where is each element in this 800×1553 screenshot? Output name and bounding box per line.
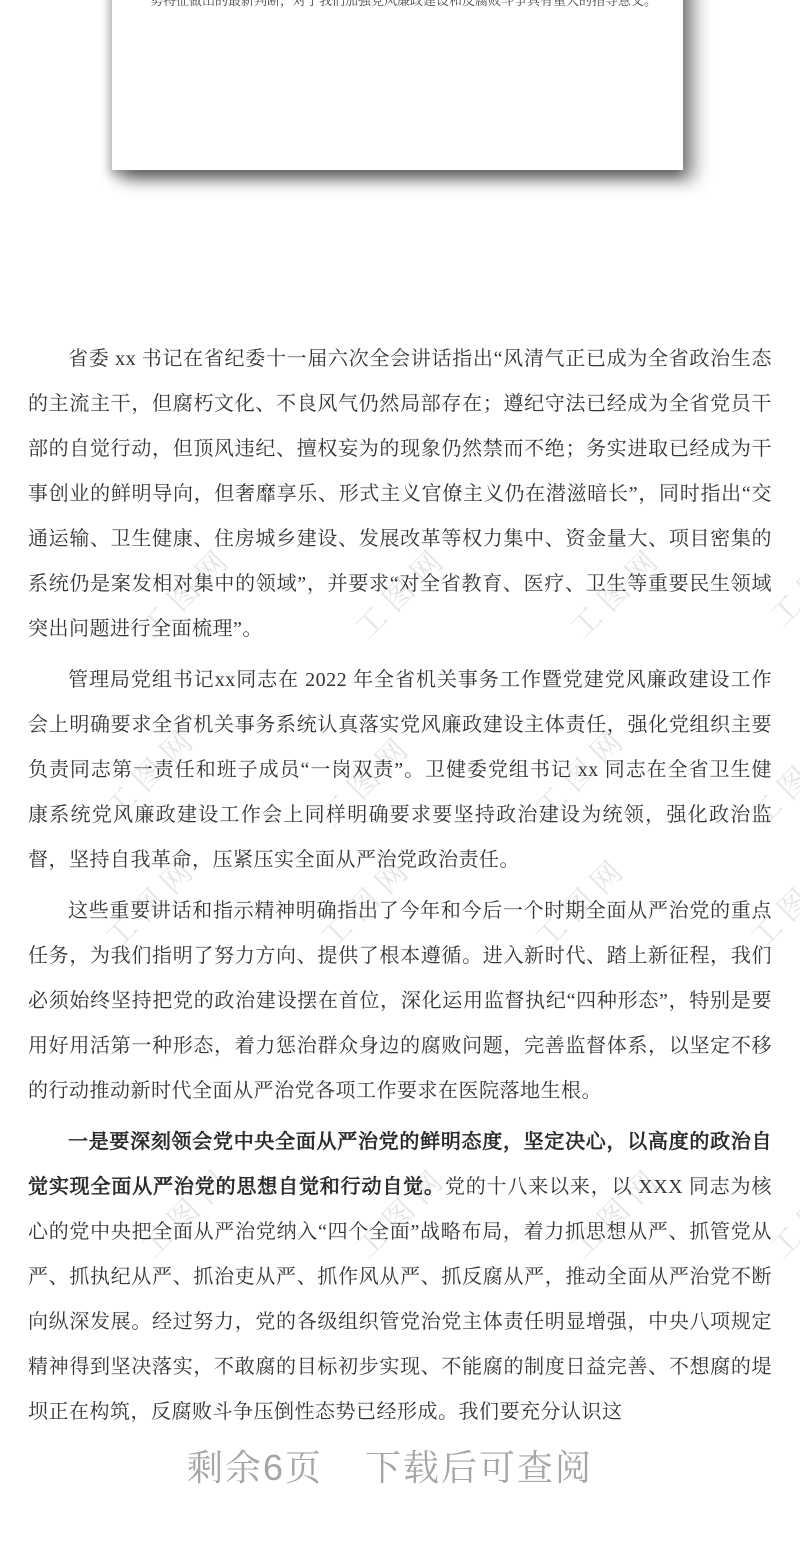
pages-remaining-banner: 剩余6页下载后可查阅	[0, 1440, 790, 1491]
pages-remaining-label: 剩余6页	[187, 1447, 323, 1488]
download-hint-label: 下载后可查阅	[365, 1447, 593, 1488]
paragraph-4-text: 党的十八来以来，以 XXX 同志为核心的党中央把全面从严治党纳入“四个全面”战略…	[28, 1176, 772, 1423]
paragraph-3-text: 这些重要讲话和指示精神明确指出了今年和今后一个时期全面从严治党的重点任务，为我们…	[28, 900, 772, 1102]
previous-page-preview: 势特征做出的最新判断，对于我们加强党风廉政建设和反腐败斗争具有重大的指导意义。	[112, 0, 683, 170]
paragraph-2-text: 管理局党组书记xx同志在 2022 年全省机关事务工作暨党建党风廉政建设工作会上…	[28, 669, 772, 871]
paragraph-3: 这些重要讲话和指示精神明确指出了今年和今后一个时期全面从严治党的重点任务，为我们…	[28, 889, 772, 1114]
previous-page-partial-text: 势特征做出的最新判断，对于我们加强党风廉政建设和反腐败斗争具有重大的指导意义。	[150, 0, 649, 9]
paragraph-1: 省委 xx 书记在省纪委十一届六次全会讲话指出“风清气正已成为全省政治生态的主流…	[28, 337, 772, 652]
document-page: 省委 xx 书记在省纪委十一届六次全会讲话指出“风清气正已成为全省政治生态的主流…	[0, 337, 800, 1441]
paragraph-1-text: 省委 xx 书记在省纪委十一届六次全会讲话指出“风清气正已成为全省政治生态的主流…	[28, 348, 772, 640]
paragraph-2: 管理局党组书记xx同志在 2022 年全省机关事务工作暨党建党风廉政建设工作会上…	[28, 658, 772, 883]
document-paragraphs: 省委 xx 书记在省纪委十一届六次全会讲话指出“风清气正已成为全省政治生态的主流…	[28, 337, 772, 1435]
paragraph-4: 一是要深刻领会党中央全面从严治党的鲜明态度，坚定决心，以高度的政治自觉实现全面从…	[28, 1120, 772, 1435]
